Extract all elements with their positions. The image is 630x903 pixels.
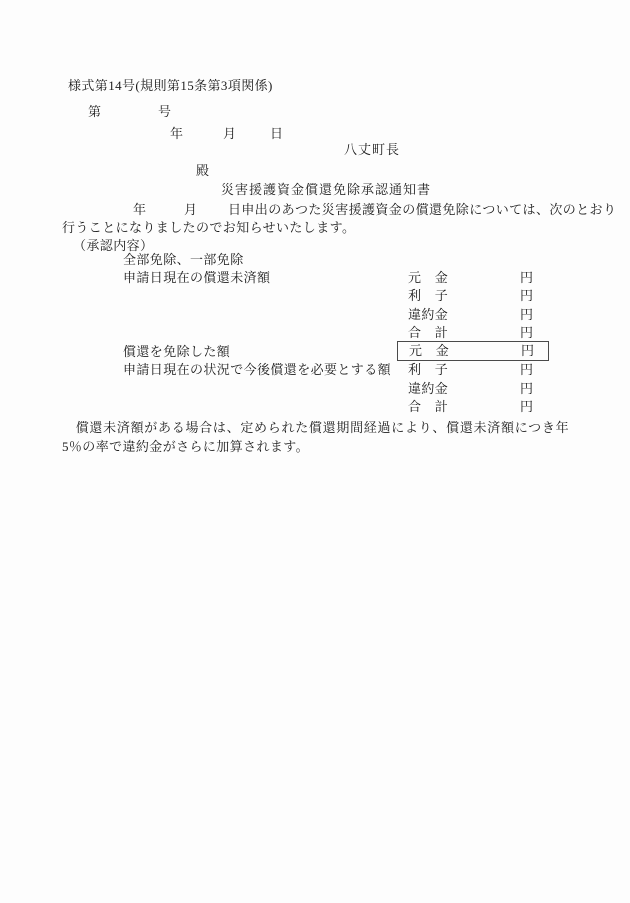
date-month-label: 月 xyxy=(223,126,236,141)
amount-label-interest-2: 利 子 xyxy=(408,362,448,377)
doc-number-prefix: 第 xyxy=(88,104,101,119)
label-future-repayment: 申請日現在の状況で今後償還を必要とする額 xyxy=(123,362,391,377)
amount-label-total-2: 合 計 xyxy=(408,399,448,414)
addressee: 八丈町長 xyxy=(344,142,400,157)
amount-label-penalty-1: 違約金 xyxy=(408,307,448,322)
label-unpaid-balance: 申請日現在の償還未済額 xyxy=(123,270,270,285)
exemption-options: 全部免除、一部免除 xyxy=(123,252,244,267)
amount-unit-yen: 円 xyxy=(520,399,533,414)
amount-unit-yen: 円 xyxy=(520,325,533,340)
body-line1: 日申出のあつた災害援護資金の償還免除については、次のとおり xyxy=(228,202,616,217)
date-day-label: 日 xyxy=(270,126,283,141)
amount-unit-yen: 円 xyxy=(521,343,534,358)
doc-number-suffix: 号 xyxy=(158,104,171,119)
document-title: 災害援護資金償還免除承認通知書 xyxy=(221,182,431,197)
amount-label-interest-1: 利 子 xyxy=(408,288,448,303)
label-exempted-amount: 償還を免除した額 xyxy=(123,344,230,359)
amount-label-penalty-2: 違約金 xyxy=(408,381,448,396)
date-year-label: 年 xyxy=(170,126,183,141)
form-number: 様式第14号(規則第15条第3項関係) xyxy=(68,78,273,93)
amount-unit-yen: 円 xyxy=(520,288,533,303)
body-month-label: 月 xyxy=(184,202,197,217)
amount-unit-yen: 円 xyxy=(520,362,533,377)
approval-heading: （承認内容） xyxy=(73,238,153,253)
document-page: 様式第14号(規則第15条第3項関係) 第 号 年 月 日 八丈町長 殿 災害援… xyxy=(0,0,630,903)
amount-unit-yen: 円 xyxy=(520,307,533,322)
amount-unit-yen: 円 xyxy=(520,270,533,285)
note-line2: 5％の率で違約金がさらに加算されます。 xyxy=(62,439,309,454)
honorific: 殿 xyxy=(196,163,209,178)
exempted-amount-box: 元 金 円 xyxy=(397,341,549,361)
amount-label-principal-1: 元 金 xyxy=(408,270,448,285)
amount-unit-yen: 円 xyxy=(520,381,533,396)
body-year-label: 年 xyxy=(133,202,146,217)
amount-label-principal-boxed: 元 金 xyxy=(409,343,449,358)
amount-label-total-1: 合 計 xyxy=(408,325,448,340)
body-line2: 行うことになりましたのでお知らせいたします。 xyxy=(62,220,355,235)
note-line1: 償還未済額がある場合は、定められた償還期間経過により、償還未済額につき年 xyxy=(62,420,569,435)
